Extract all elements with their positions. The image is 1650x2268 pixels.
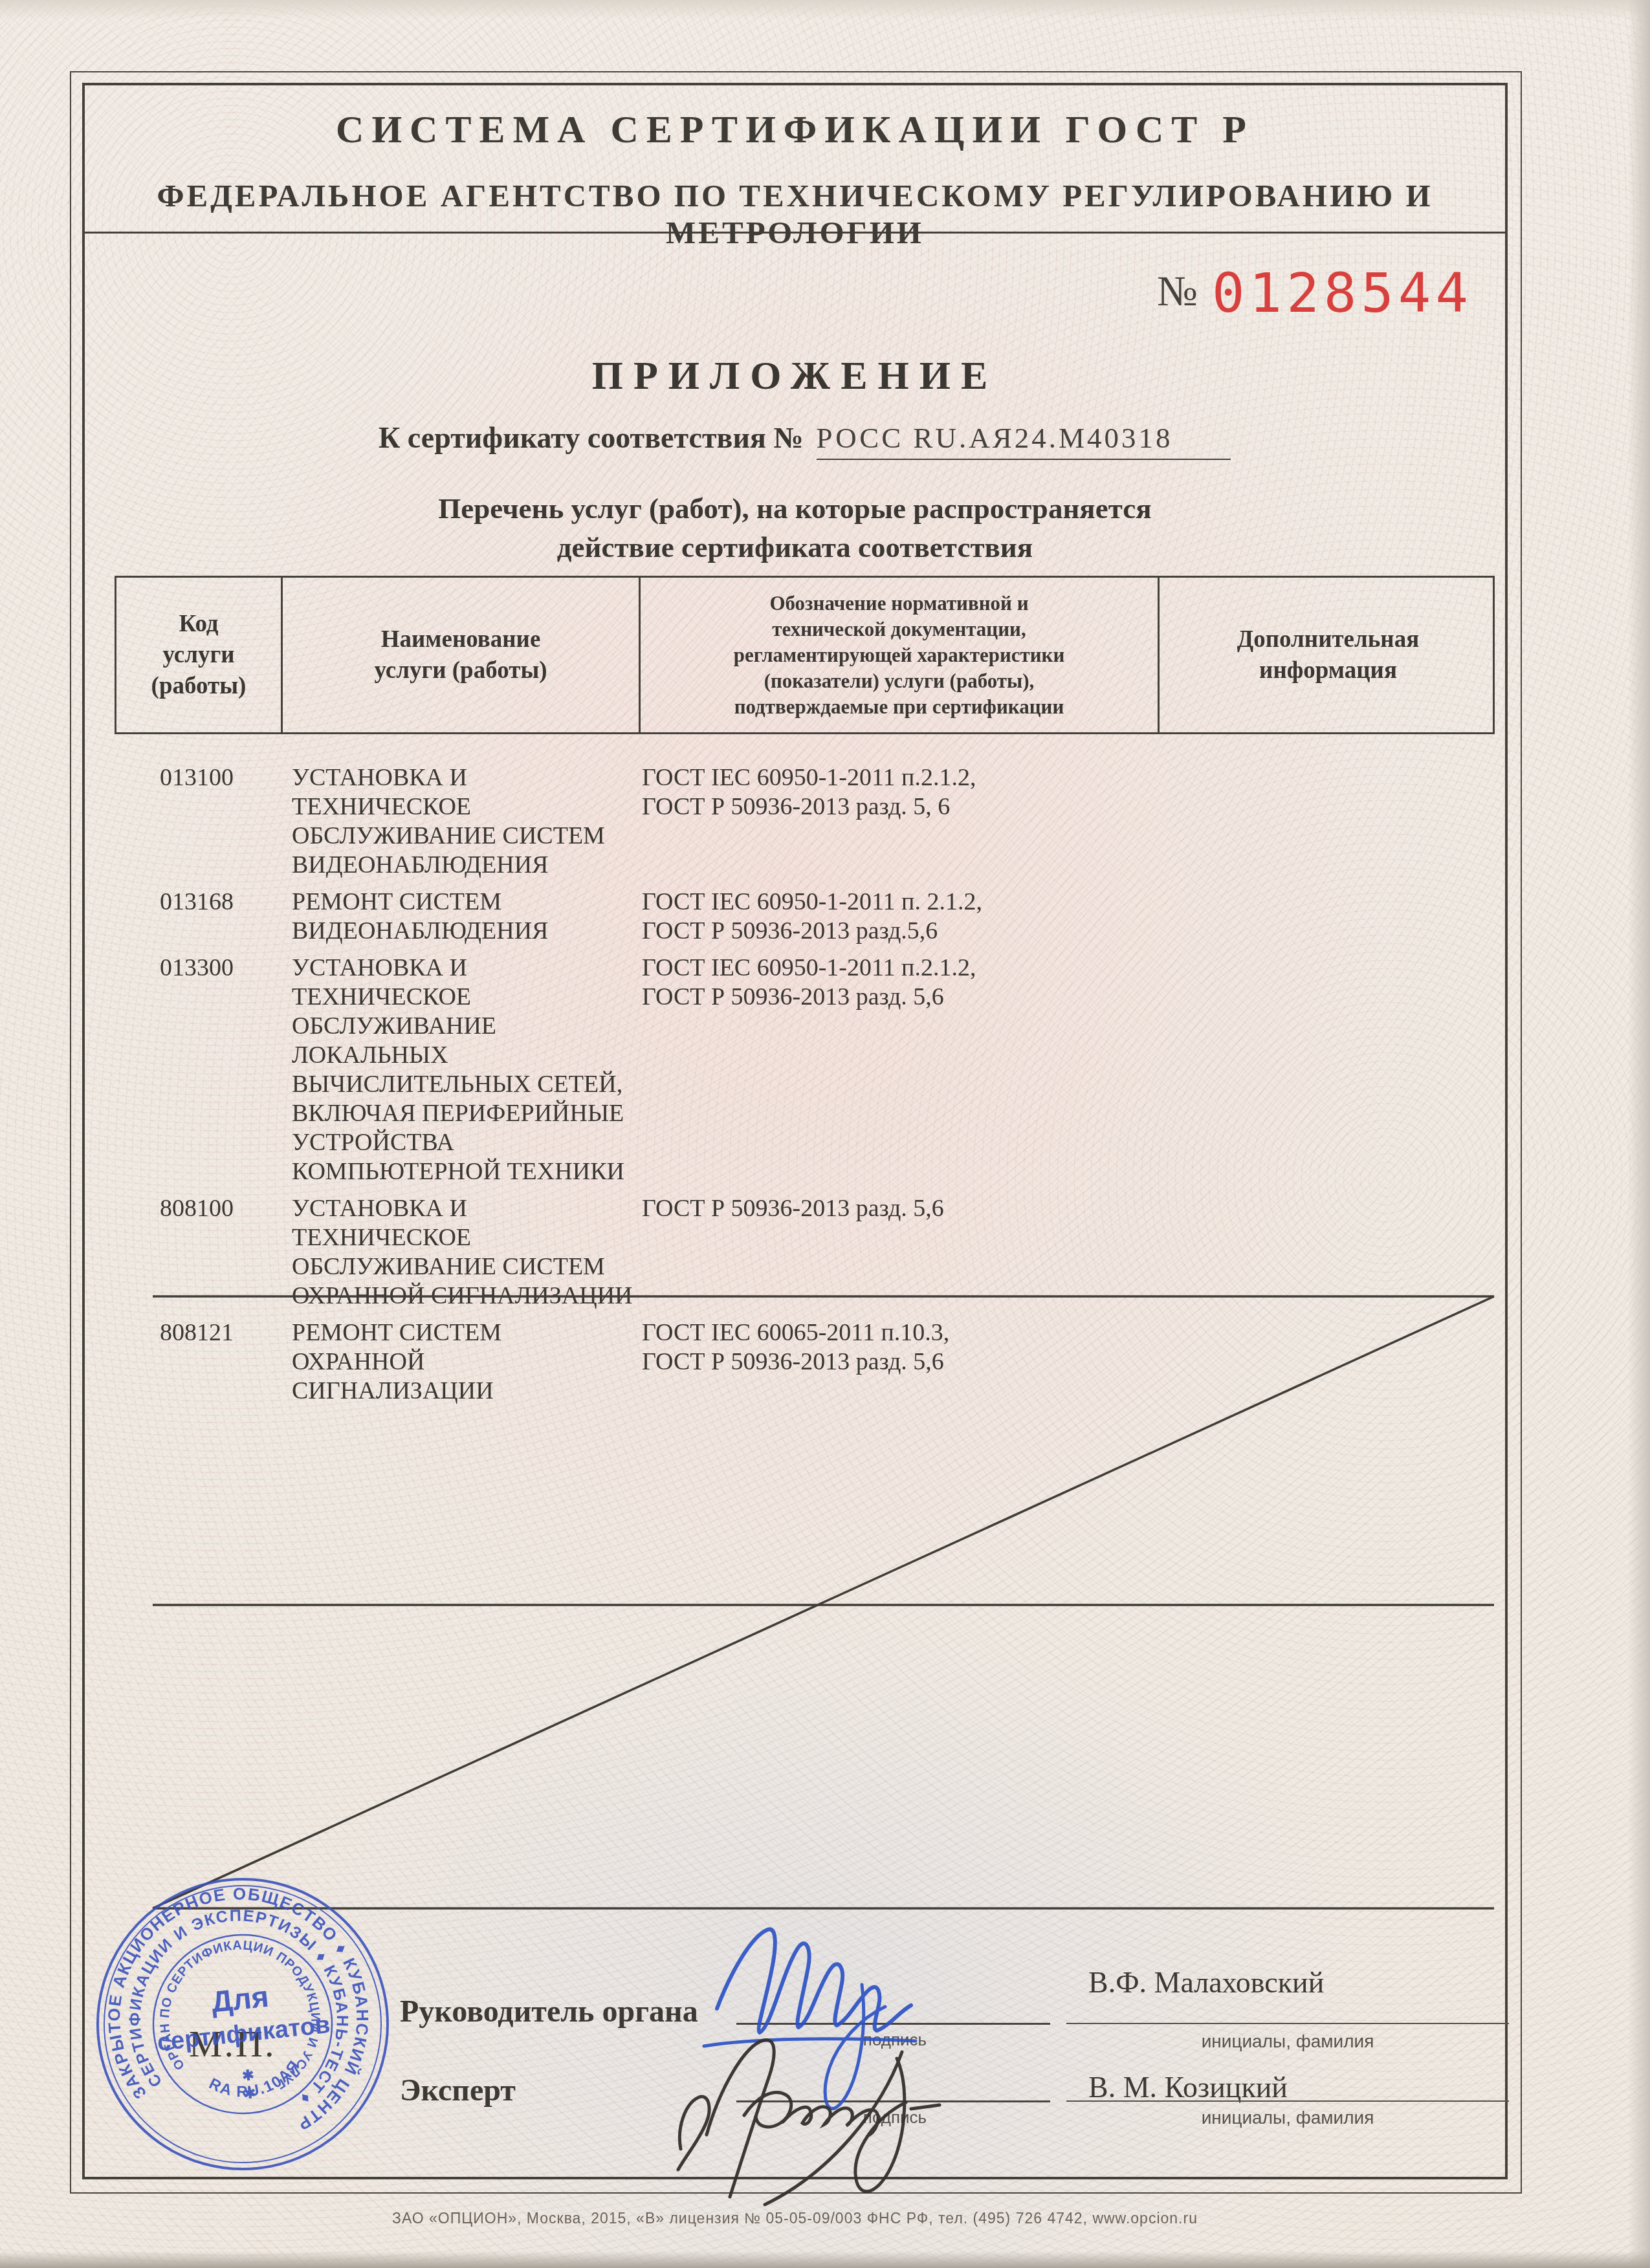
certificate-reference-prefix: К сертификату соответствия № — [379, 421, 804, 454]
column-header-info: Дополнительная информация — [1158, 578, 1497, 732]
agency-name: ФЕДЕРАЛЬНОЕ АГЕНТСТВО ПО ТЕХНИЧЕСКОМУ РЕ… — [82, 177, 1508, 251]
expert-label: Эксперт — [400, 2073, 516, 2108]
purpose-statement: Перечень услуг (работ), на которые распр… — [82, 489, 1508, 567]
scan-edge-right — [1628, 0, 1650, 2268]
head-name: В.Ф. Малаховский — [1088, 1965, 1324, 2000]
service-docs: ГОСТ Р 50936-2013 разд. 5,6 — [637, 1194, 1156, 1311]
service-info — [1156, 888, 1495, 946]
table-row: 808121 РЕМОНТ СИСТЕМ ОХРАННОЙ СИГНАЛИЗАЦ… — [115, 1318, 1495, 1406]
stamp-center-line1: Для — [210, 1979, 270, 2019]
services-table-body: 013100 УСТАНОВКА И ТЕХНИЧЕСКОЕ ОБСЛУЖИВА… — [115, 763, 1495, 1413]
certificate-number: РОСС RU.АЯ24.М40318 — [817, 421, 1231, 460]
service-info — [1156, 954, 1495, 1186]
service-code: 808100 — [115, 1194, 279, 1311]
expert-signature-line — [736, 2100, 1050, 2102]
certification-system-title: СИСТЕМА СЕРТИФИКАЦИИ ГОСТ Р — [82, 107, 1508, 152]
document-title: ПРИЛОЖЕНИЕ — [82, 353, 1508, 399]
blank-number-value: 0128544 — [1212, 264, 1473, 322]
table-row: 013168 РЕМОНТ СИСТЕМ ВИДЕОНАБЛЮДЕНИЯ ГОС… — [115, 888, 1495, 946]
service-code: 013300 — [115, 954, 279, 1186]
service-docs: ГОСТ IEC 60950-1-2011 п.2.1.2, ГОСТ Р 50… — [637, 954, 1156, 1186]
scan-edge-bottom — [0, 2251, 1650, 2268]
service-code: 013168 — [115, 888, 279, 946]
numero-sign: № — [1157, 264, 1198, 320]
service-docs: ГОСТ IEC 60950-1-2011 п.2.1.2, ГОСТ Р 50… — [637, 763, 1156, 880]
service-docs: ГОСТ IEC 60950-1-2011 п. 2.1.2, ГОСТ Р 5… — [637, 888, 1156, 946]
certificate-appendix-page: СИСТЕМА СЕРТИФИКАЦИИ ГОСТ Р ФЕДЕРАЛЬНОЕ … — [0, 0, 1650, 2268]
head-name-line — [1066, 2023, 1509, 2024]
initials-caption: инициалы, фамилия — [1158, 2031, 1417, 2052]
service-info — [1156, 1194, 1495, 1311]
service-name: УСТАНОВКА И ТЕХНИЧЕСКОЕ ОБСЛУЖИВАНИЕ СИС… — [279, 763, 637, 880]
signature-caption: подпись — [801, 2108, 989, 2128]
column-header-docs: Обозначение нормативной и технической до… — [639, 578, 1158, 732]
column-header-name: Наименование услуги (работы) — [281, 578, 639, 732]
service-code: 013100 — [115, 763, 279, 880]
stamp-star: ✱ — [243, 2085, 257, 2102]
scan-edge-top — [0, 0, 1650, 19]
table-row: 013300 УСТАНОВКА И ТЕХНИЧЕСКОЕ ОБСЛУЖИВА… — [115, 954, 1495, 1186]
expert-name: В. М. Козицкий — [1088, 2070, 1288, 2104]
service-name: РЕМОНТ СИСТЕМ ОХРАННОЙ СИГНАЛИЗАЦИИ — [279, 1318, 637, 1406]
certificate-reference-line: К сертификату соответствия №РОСС RU.АЯ24… — [379, 420, 1231, 460]
service-name: УСТАНОВКА И ТЕХНИЧЕСКОЕ ОБСЛУЖИВАНИЕ ЛОК… — [279, 954, 637, 1186]
initials-caption: инициалы, фамилия — [1158, 2108, 1417, 2128]
signature-caption: подпись — [801, 2030, 989, 2050]
round-stamp: ЗАКРЫТОЕ АКЦИОНЕРНОЕ ОБЩЕСТВО ♦ КУБАНСКИ… — [91, 1872, 395, 2176]
service-info — [1156, 1318, 1495, 1406]
table-row: 013100 УСТАНОВКА И ТЕХНИЧЕСКОЕ ОБСЛУЖИВА… — [115, 763, 1495, 880]
service-docs: ГОСТ IEC 60065-2011 п.10.3, ГОСТ Р 50936… — [637, 1318, 1156, 1406]
printer-imprint: ЗАО «ОПЦИОН», Москва, 2015, «В» лицензия… — [82, 2210, 1508, 2227]
column-header-code: Код услуги (работы) — [116, 578, 281, 732]
service-name: РЕМОНТ СИСТЕМ ВИДЕОНАБЛЮДЕНИЯ — [279, 888, 637, 946]
head-of-body-label: Руководитель органа — [400, 1994, 698, 2029]
table-row: 808100 УСТАНОВКА И ТЕХНИЧЕСКОЕ ОБСЛУЖИВА… — [115, 1194, 1495, 1311]
head-signature-line — [736, 2023, 1050, 2025]
service-code: 808121 — [115, 1318, 279, 1406]
blank-number: № 0128544 — [1157, 264, 1473, 322]
services-table-header: Код услуги (работы) Наименование услуги … — [115, 576, 1495, 734]
service-name: УСТАНОВКА И ТЕХНИЧЕСКОЕ ОБСЛУЖИВАНИЕ СИС… — [279, 1194, 637, 1311]
service-info — [1156, 763, 1495, 880]
stamp-star: ✱ — [241, 2067, 255, 2084]
expert-name-line — [1066, 2100, 1509, 2102]
